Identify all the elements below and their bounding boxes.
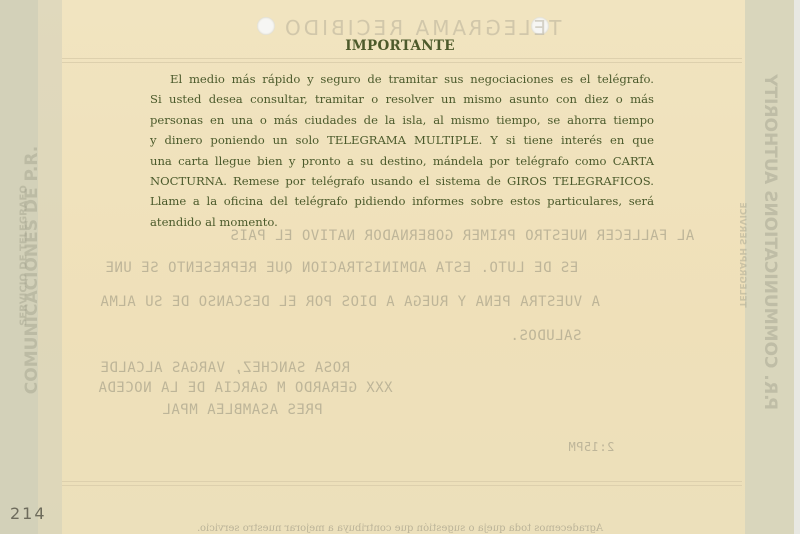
bleed-line: SALUDOS. xyxy=(510,328,581,344)
bleed-line: XXX GERARDO M GARCIA DE LA NOCEDA xyxy=(98,380,393,396)
paragraph-line: una carta llegue bien y pronto a su dest… xyxy=(150,151,654,171)
right-paper-edge xyxy=(794,0,800,534)
right-margin-bleed-text: P.R. COMMUNICATIONS AUTHORITY xyxy=(760,110,780,410)
paragraph-line: NOCTURNA. Remese por telégrafo usando el… xyxy=(150,171,654,191)
handwritten-page-number: 214 xyxy=(10,504,47,523)
bleed-time: 2:15PM xyxy=(568,440,614,454)
paragraph-line: y dinero poniendo un solo TELEGRAMA MULT… xyxy=(150,130,654,150)
bleed-header: TELEGRAMA RECIBIDO xyxy=(282,16,561,40)
top-rule xyxy=(62,58,742,63)
footer-bleed: Agradecemos toda queja o sugestión que c… xyxy=(0,516,800,534)
right-margin-bleed-subtext: TELEGRAPH SERVICE xyxy=(737,105,747,405)
paragraph-line: Si usted desea consultar, tramitar o res… xyxy=(150,89,654,109)
bleed-line: AL FALLECER NUESTRO PRIMER GOBERNADOR NA… xyxy=(230,228,694,244)
document-title: IMPORTANTE xyxy=(0,38,800,54)
punch-hole-left xyxy=(257,17,275,35)
bleed-line: A VUESTRA PENA Y RUEGA A DIOS POR EL DES… xyxy=(100,294,600,310)
bleed-line: PRES ASAMBLEA MPAL xyxy=(162,402,323,418)
notice-paragraph: El medio más rápido y seguro de tramitar… xyxy=(170,69,654,232)
bleed-line: ROSA SANCHEZ, VARGAS ALCALDE xyxy=(100,360,350,376)
bleed-line: ES DE LUTO. ESTA ADMINISTRACION QUE REPR… xyxy=(105,260,578,276)
bottom-rule xyxy=(62,481,742,486)
paragraph-line: personas en una o más ciudades de la isl… xyxy=(150,110,654,130)
paragraph-line: El medio más rápido y seguro de tramitar… xyxy=(170,69,654,89)
left-margin-bleed-subtext: SERVICIO DE TELEGRAFO xyxy=(19,106,30,406)
footer-bleed-text: Agradecemos toda queja o sugestión que c… xyxy=(197,523,603,534)
paragraph-line: Llame a la oficina del telégrafo pidiend… xyxy=(150,191,654,211)
